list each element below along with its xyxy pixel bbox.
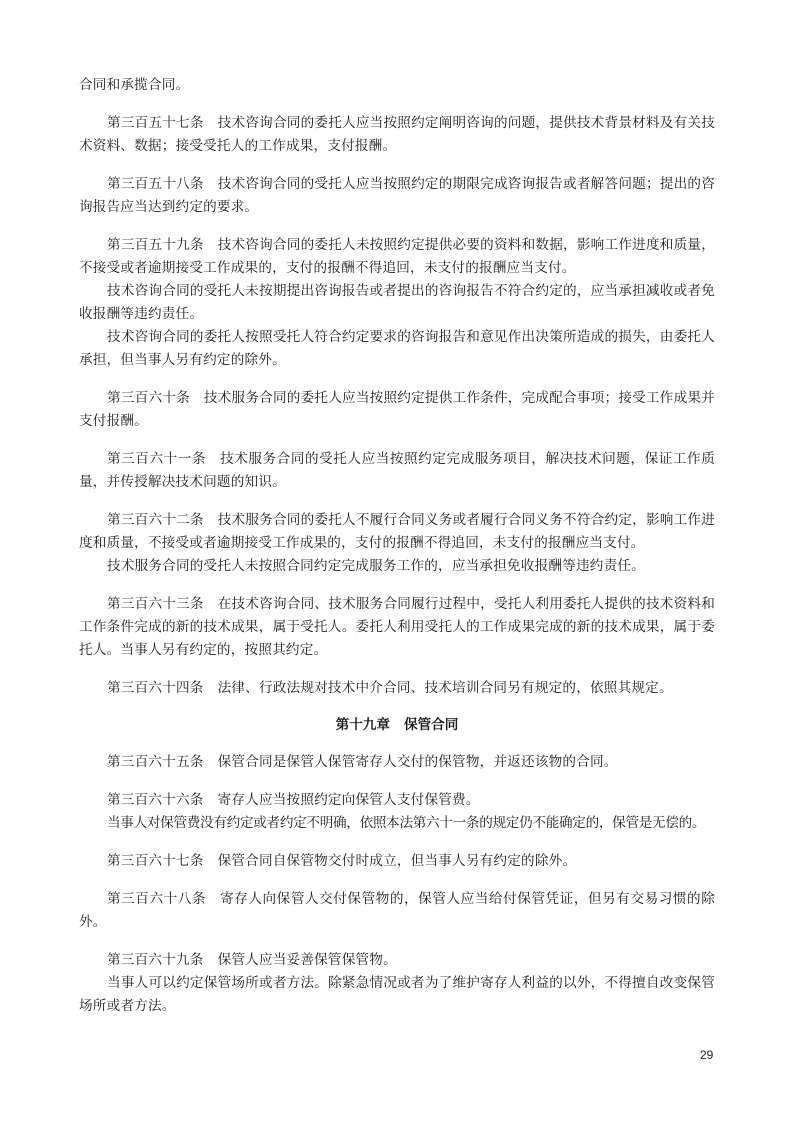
article-362-para-2: 技术服务合同的受托人未按照合同约定完成服务工作的，应当承担免收报酬等违约责任。 bbox=[79, 555, 715, 578]
page-number: 29 bbox=[700, 1048, 713, 1062]
article-361: 第三百六十一条技术服务合同的受托人应当按照约定完成服务项目，解决技术问题，保证工… bbox=[79, 448, 715, 494]
article-number: 第三百五十九条 bbox=[107, 237, 204, 253]
chapter-title: 保管合同 bbox=[404, 717, 458, 733]
article-366-para-2: 当事人对保管费没有约定或者约定不明确，依照本法第六十一条的规定仍不能确定的，保管… bbox=[79, 812, 715, 835]
article-number: 第三百六十三条 bbox=[107, 596, 204, 612]
article-359-para-2: 技术咨询合同的受托人未按期提出咨询报告或者提出的咨询报告不符合约定的，应当承担减… bbox=[79, 280, 715, 326]
article-text: 保管合同是保管人保管寄存人交付的保管物，并返还该物的合同。 bbox=[218, 754, 618, 770]
article-number: 第三百六十六条 bbox=[107, 792, 204, 808]
article-362: 第三百六十二条技术服务合同的委托人不履行合同义务或者履行合同义务不符合约定，影响… bbox=[79, 509, 715, 555]
article-text: 保管合同自保管物交付时成立，但当事人另有约定的除外。 bbox=[218, 853, 577, 869]
article-text: 保管人应当妥善保管保管物。 bbox=[218, 952, 397, 968]
continuation-text: 合同和承揽合同。 bbox=[79, 74, 715, 97]
article-367: 第三百六十七条保管合同自保管物交付时成立，但当事人另有约定的除外。 bbox=[79, 850, 715, 873]
article-text: 法律、行政法规对技术中介合同、技术培训合同另有规定的，依照其规定。 bbox=[218, 680, 673, 696]
article-366: 第三百六十六条寄存人应当按照约定向保管人支付保管费。 bbox=[79, 789, 715, 812]
chapter-heading: 第十九章保管合同 bbox=[79, 714, 715, 737]
chapter-number: 第十九章 bbox=[336, 717, 390, 733]
article-369: 第三百六十九条保管人应当妥善保管保管物。 bbox=[79, 949, 715, 972]
article-368: 第三百六十八条寄存人向保管人交付保管物的，保管人应当给付保管凭证，但另有交易习惯… bbox=[79, 888, 715, 934]
article-359: 第三百五十九条技术咨询合同的委托人未按照约定提供必要的资料和数据，影响工作进度和… bbox=[79, 234, 715, 280]
article-369-para-2: 当事人可以约定保管场所或者方法。除紧急情况或者为了维护寄存人利益的以外，不得擅自… bbox=[79, 972, 715, 1018]
article-359-para-3: 技术咨询合同的委托人按照受托人符合约定要求的咨询报告和意见作出决策所造成的损失，… bbox=[79, 326, 715, 372]
article-364: 第三百六十四条法律、行政法规对技术中介合同、技术培训合同另有规定的，依照其规定。 bbox=[79, 677, 715, 700]
article-number: 第三百五十七条 bbox=[107, 115, 204, 131]
article-360: 第三百六十条技术服务合同的委托人应当按照约定提供工作条件，完成配合事项；接受工作… bbox=[79, 387, 715, 433]
article-number: 第三百五十八条 bbox=[107, 176, 204, 192]
article-363: 第三百六十三条在技术咨询合同、技术服务合同履行过程中，受托人利用委托人提供的技术… bbox=[79, 593, 715, 662]
article-number: 第三百六十九条 bbox=[107, 952, 204, 968]
document-page: 合同和承揽合同。 第三百五十七条技术咨询合同的委托人应当按照约定阐明咨询的问题，… bbox=[79, 74, 715, 1018]
article-358: 第三百五十八条技术咨询合同的受托人应当按照约定的期限完成咨询报告或者解答问题；提… bbox=[79, 173, 715, 219]
article-number: 第三百六十五条 bbox=[107, 754, 204, 770]
article-number: 第三百六十一条 bbox=[107, 451, 206, 467]
article-text: 寄存人应当按照约定向保管人支付保管费。 bbox=[218, 792, 480, 808]
article-357: 第三百五十七条技术咨询合同的委托人应当按照约定阐明咨询的问题，提供技术背景材料及… bbox=[79, 112, 715, 158]
article-365: 第三百六十五条保管合同是保管人保管寄存人交付的保管物，并返还该物的合同。 bbox=[79, 751, 715, 774]
article-number: 第三百六十四条 bbox=[107, 680, 204, 696]
article-number: 第三百六十条 bbox=[107, 390, 190, 406]
article-number: 第三百六十八条 bbox=[107, 891, 206, 907]
article-number: 第三百六十二条 bbox=[107, 512, 204, 528]
article-number: 第三百六十七条 bbox=[107, 853, 204, 869]
